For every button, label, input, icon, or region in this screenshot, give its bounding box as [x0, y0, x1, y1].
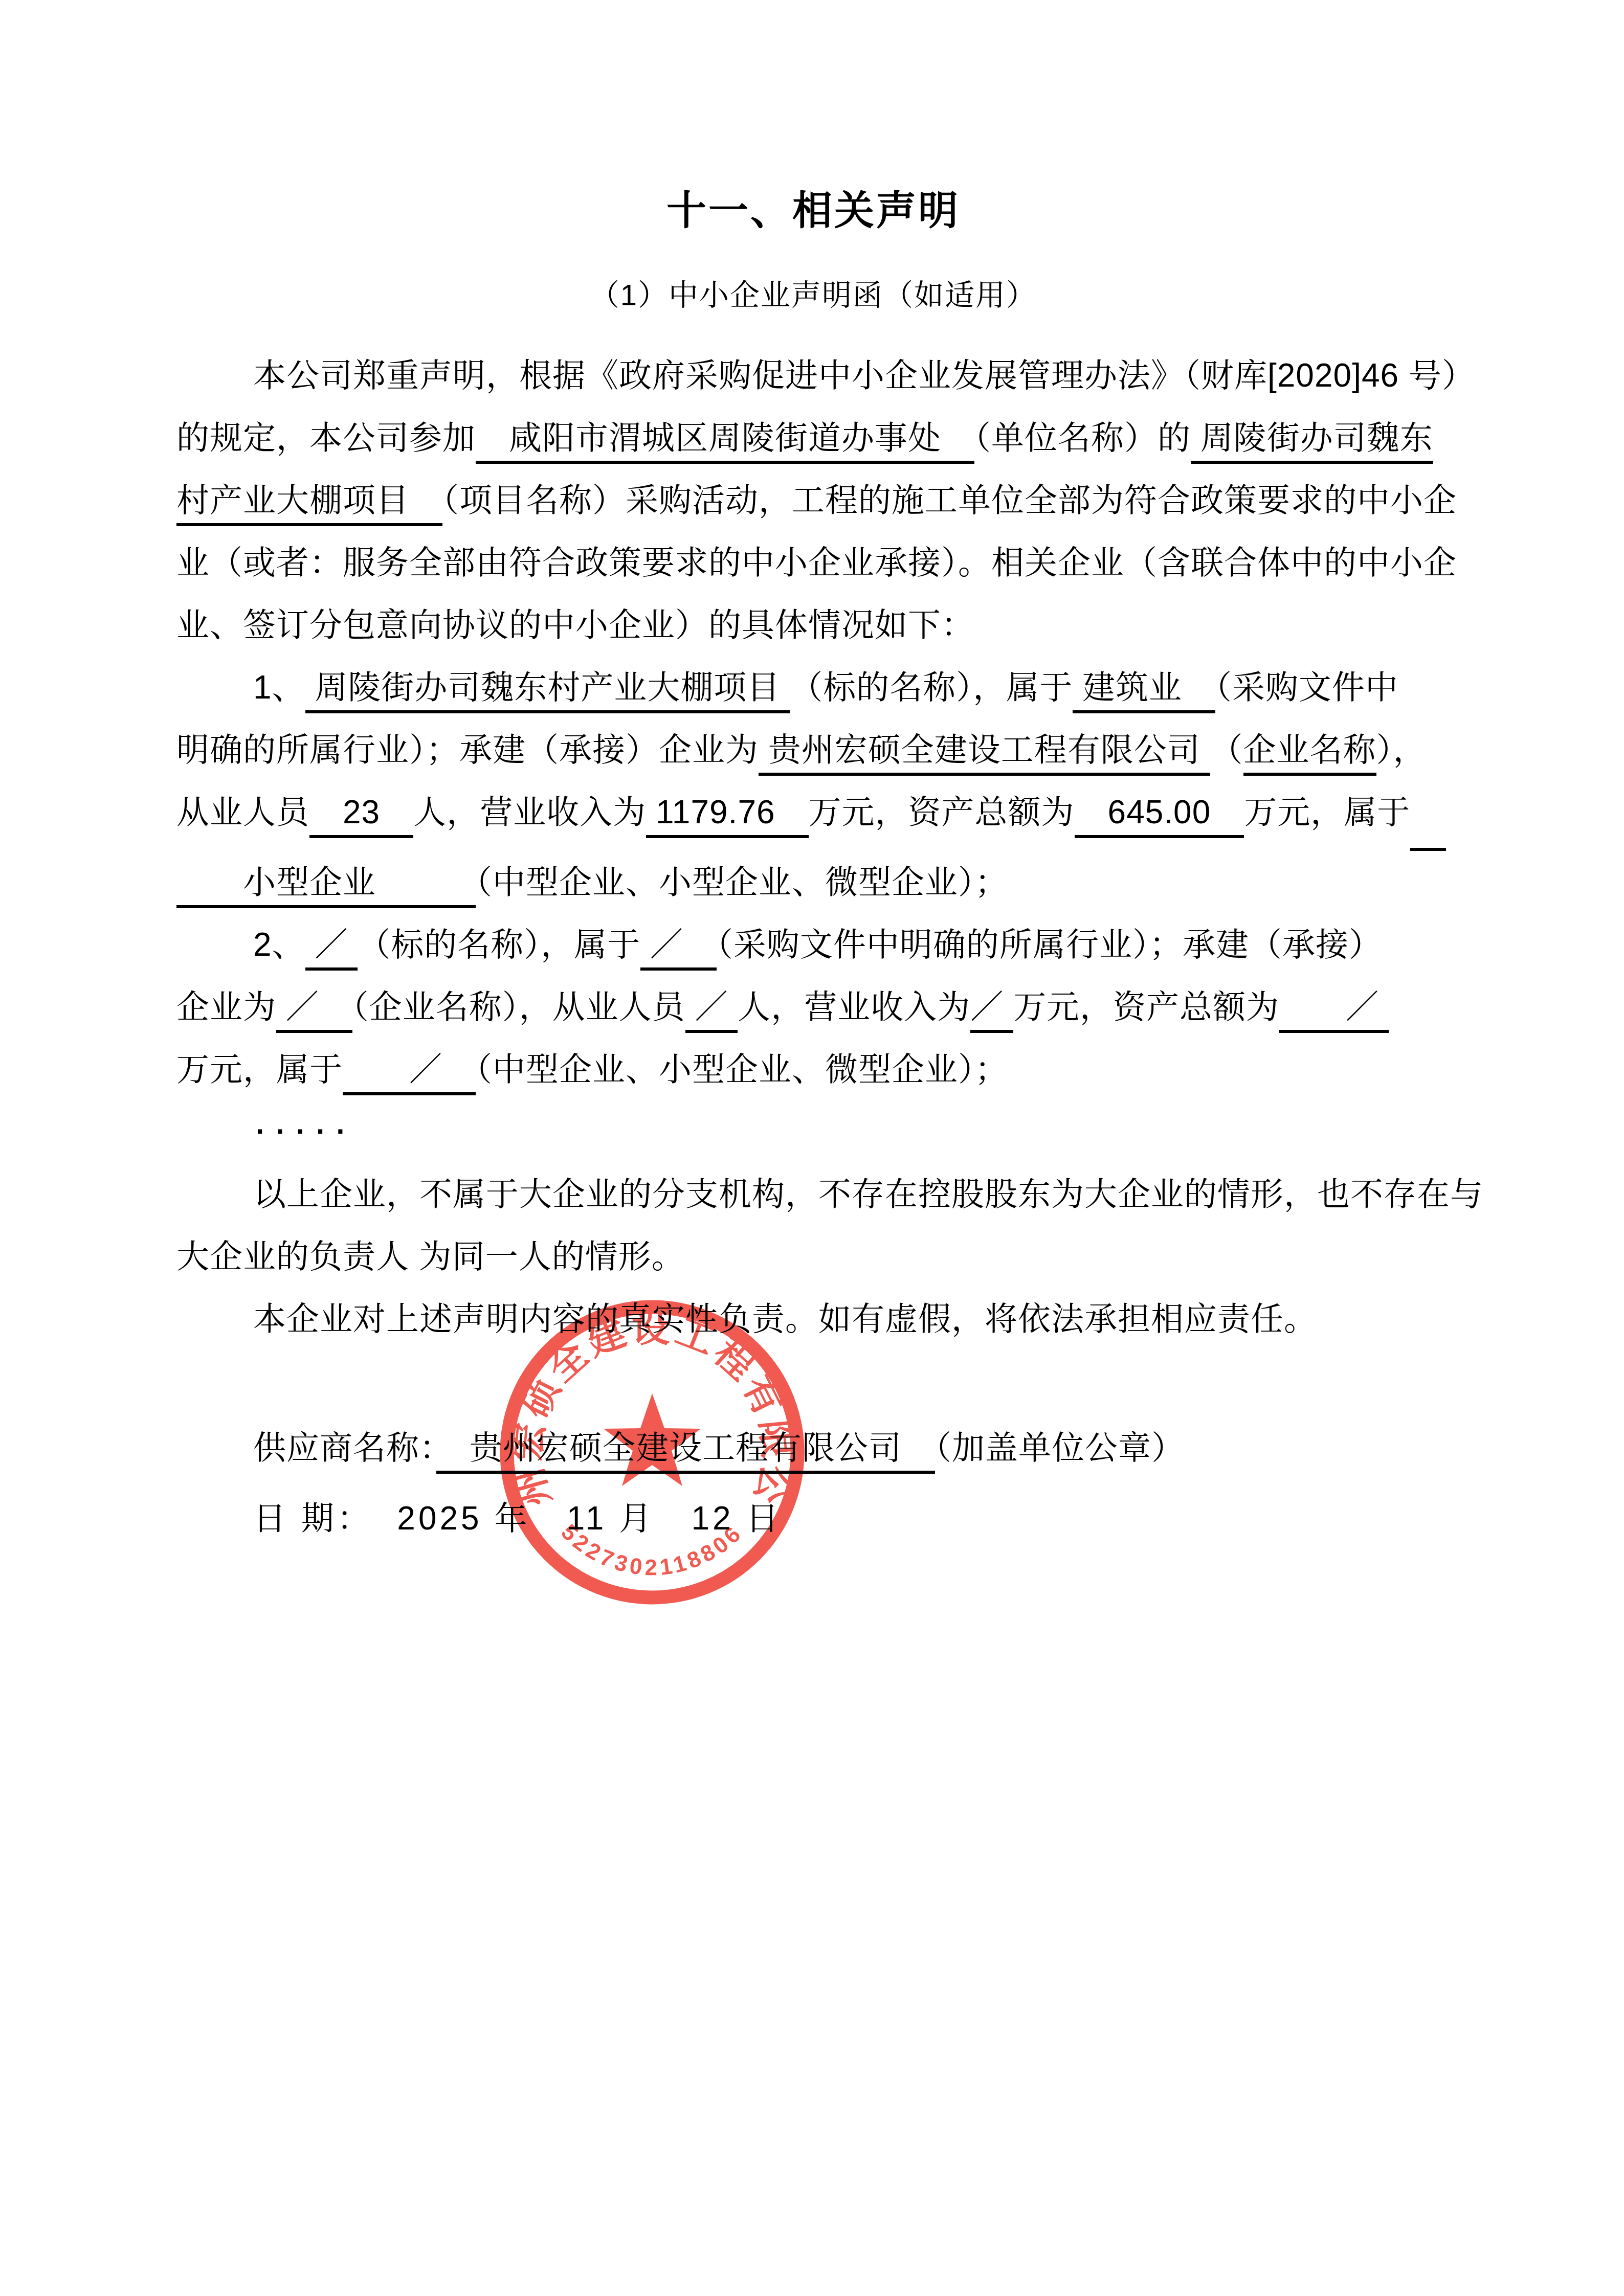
text-run: （采购文件中明确的所属行业）；承建（承接）: [717, 926, 1382, 963]
item1-line2: 明确的所属行业）；承建（承接）企业为 贵州宏硕全建设工程有限公司 （企业名称），: [176, 718, 1450, 781]
text-run: 万元，资产总额为: [809, 794, 1075, 830]
filled-blank: 645.00: [1075, 794, 1244, 838]
filled-blank: 周陵街办司魏东: [1191, 419, 1433, 464]
para3-line2: 大企业的负责人 为同一人的情形。: [176, 1225, 1450, 1288]
filled-blank: 企业名称: [1243, 731, 1376, 776]
date-line: 日 期： 2025 年 11 月 12 日: [176, 1487, 1450, 1549]
text-run: ），: [1376, 731, 1427, 768]
text-run: （标的名称），属于: [358, 926, 640, 963]
text-run: 日 期： 2025 年 11 月 12 日: [253, 1500, 782, 1537]
filled-blank: 贵州宏硕全建设工程有限公司: [759, 731, 1210, 776]
para1-line3: 村产业大棚项目 （项目名称）采购活动，工程的施工单位全部为符合政策要求的中小企: [176, 469, 1450, 531]
filled-blank: 建筑业: [1073, 669, 1215, 713]
filled-blank: ／: [970, 988, 1013, 1033]
item2-line2: 企业为 ／ （企业名称），从业人员 ／ 人，营业收入为／ 万元，资产总额为 ／: [176, 976, 1450, 1038]
item1-line1: 1、 周陵街办司魏东村产业大棚项目 （标的名称），属于 建筑业 （采购文件中: [176, 656, 1450, 718]
text-run: 大企业的负责人 为同一人的情形。: [176, 1238, 685, 1275]
para1-line4: 业（或者：服务全部由符合政策要求的中小企业承接）。相关企业（含联合体中的中小企: [176, 531, 1450, 594]
filled-blank: 贵州宏硕全建设工程有限公司: [436, 1429, 935, 1474]
para4-line1: 本企业对上述声明内容的真实性负责。如有虚假，将依法承担相应责任。: [176, 1288, 1450, 1350]
filled-blank: ／: [1279, 988, 1389, 1033]
filled-blank: 咸阳市渭城区周陵街道办事处: [476, 419, 974, 464]
text-run: 1、: [253, 669, 305, 706]
supplier-line: 供应商名称： 贵州宏硕全建设工程有限公司 （加盖单位公章）: [176, 1416, 1450, 1479]
text-run: （企业名称），从业人员: [352, 988, 685, 1025]
text-run: 本企业对上述声明内容的真实性负责。如有虚假，将依法承担相应责任。: [253, 1300, 1317, 1337]
item1-line3: 从业人员 23 人，营业收入为 1179.76 万元，资产总额为 645.00 …: [176, 781, 1450, 851]
text-run: 人，营业收入为: [413, 794, 646, 830]
filled-blank: ／: [305, 926, 358, 971]
filled-blank: ／: [685, 988, 738, 1033]
item2-line3: 万元，属于 ／ （中型企业、小型企业、微型企业）；: [176, 1038, 1450, 1100]
filled-blank: 23: [309, 794, 413, 838]
text-run: （加盖单位公章）: [935, 1429, 1185, 1466]
para1-line1: 本公司郑重声明，根据《政府采购促进中小企业发展管理办法》（财库[2020]46 …: [176, 344, 1450, 407]
text-run: 2、: [253, 926, 305, 963]
filled-blank: 1179.76: [646, 794, 808, 838]
text-run: （标的名称），属于: [790, 669, 1073, 706]
declaration-body: 本公司郑重声明，根据《政府采购促进中小企业发展管理办法》（财库[2020]46 …: [176, 344, 1450, 1350]
text-run: 人，营业收入为: [738, 988, 970, 1025]
text-run: 的规定，本公司参加: [176, 419, 476, 456]
text-run: 万元，属于: [176, 1051, 343, 1088]
para1-line2: 的规定，本公司参加 咸阳市渭城区周陵街道办事处 （单位名称）的 周陵街办司魏东: [176, 407, 1450, 469]
text-run: （: [1210, 731, 1243, 768]
filled-blank: ／: [276, 988, 352, 1033]
text-run: 万元，资产总额为: [1013, 988, 1279, 1025]
declaration-document-page: 贵州宏硕全建设工程有限公司 5227302118806 十一、相关声明 （1）中…: [0, 0, 1624, 2296]
text-run: 企业为: [176, 988, 276, 1025]
text-run: 从业人员: [176, 794, 309, 830]
text-run: ·····: [256, 1115, 357, 1148]
text-run: 业、签订分包意向协议的中小企业）的具体情况如下：: [176, 606, 974, 643]
text-run: 明确的所属行业）；承建（承接）企业为: [176, 731, 759, 768]
filled-blank: [1410, 781, 1446, 851]
page-subtitle: （1）中小企业声明函（如适用）: [176, 275, 1450, 316]
text-run: （单位名称）的: [974, 419, 1191, 456]
ellipsis-line: ·····: [176, 1100, 1450, 1163]
item2-line1: 2、 ／ （标的名称），属于 ／ （采购文件中明确的所属行业）；承建（承接）: [176, 913, 1450, 976]
text-run: （中型企业、小型企业、微型企业）；: [476, 1051, 1008, 1088]
text-run: 供应商名称：: [253, 1429, 436, 1466]
text-run: 本公司郑重声明，根据《政府采购促进中小企业发展管理办法》（财库[2020]46 …: [253, 357, 1475, 394]
filled-blank: ／: [343, 1051, 476, 1095]
filled-blank: 小型企业: [176, 864, 476, 908]
text-run: （中型企业、小型企业、微型企业）；: [476, 864, 1008, 901]
text-run: （采购文件中: [1215, 669, 1398, 706]
signature-block: 供应商名称： 贵州宏硕全建设工程有限公司 （加盖单位公章）日 期： 2025 年…: [176, 1416, 1450, 1549]
text-run: 业（或者：服务全部由符合政策要求的中小企业承接）。相关企业（含联合体中的中小企: [176, 544, 1457, 581]
item1-line4: 小型企业 （中型企业、小型企业、微型企业）；: [176, 851, 1450, 913]
filled-blank: 周陵街办司魏东村产业大棚项目: [305, 669, 790, 713]
text-run: 以上企业，不属于大企业的分支机构，不存在控股股东为大企业的情形，也不存在与: [253, 1176, 1483, 1212]
para1-line5: 业、签订分包意向协议的中小企业）的具体情况如下：: [176, 594, 1450, 656]
text-run: 万元，属于: [1244, 794, 1410, 830]
page-title: 十一、相关声明: [176, 182, 1450, 240]
para3-line1: 以上企业，不属于大企业的分支机构，不存在控股股东为大企业的情形，也不存在与: [176, 1163, 1450, 1225]
document-content: 十一、相关声明 （1）中小企业声明函（如适用） 本公司郑重声明，根据《政府采购促…: [176, 182, 1450, 1549]
filled-blank: 村产业大棚项目: [176, 482, 442, 526]
filled-blank: ／: [640, 926, 717, 971]
text-run: （项目名称）采购活动，工程的施工单位全部为符合政策要求的中小企: [442, 482, 1457, 519]
